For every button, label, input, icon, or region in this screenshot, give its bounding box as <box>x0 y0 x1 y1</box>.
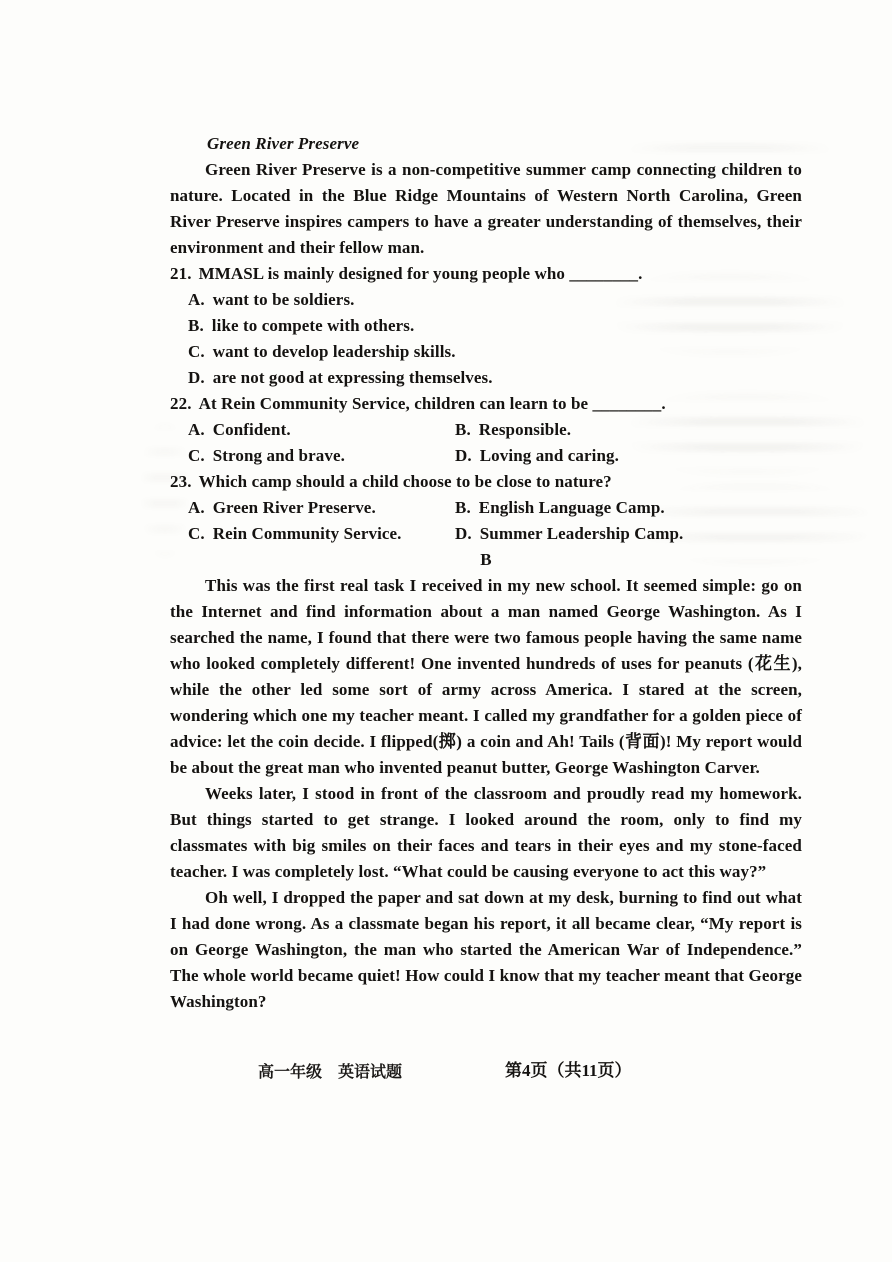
option-label: A. <box>188 420 205 439</box>
option-text: want to develop leadership skills. <box>213 342 456 361</box>
option-text: Summer Leadership Camp. <box>480 524 684 543</box>
option-text: are not good at expressing themselves. <box>213 368 493 387</box>
question-22-options: A.Confident. B.Responsible. C.Strong and… <box>170 417 802 469</box>
option-label: D. <box>188 368 205 387</box>
option-label: D. <box>455 524 472 543</box>
option-label: B. <box>455 420 471 439</box>
option-21-c: C.want to develop leadership skills. <box>188 339 802 365</box>
option-23-d: D.Summer Leadership Camp. <box>455 521 802 547</box>
question-21: 21.MMASL is mainly designed for young pe… <box>170 261 802 391</box>
question-stem-text: MMASL is mainly designed for young peopl… <box>199 264 643 283</box>
passage-b-paragraph-1: This was the first real task I received … <box>170 573 802 781</box>
passage-a-paragraph: Green River Preserve is a non-competitiv… <box>170 157 802 261</box>
option-23-c: C.Rein Community Service. <box>188 521 455 547</box>
option-label: A. <box>188 290 205 309</box>
option-text: Rein Community Service. <box>213 524 402 543</box>
option-label: C. <box>188 524 205 543</box>
option-label: A. <box>188 498 205 517</box>
option-21-a: A.want to be soldiers. <box>188 287 802 313</box>
passage-b-paragraph-2: Weeks later, I stood in front of the cla… <box>170 781 802 885</box>
option-22-b: B.Responsible. <box>455 417 802 443</box>
question-22: 22.At Rein Community Service, children c… <box>170 391 802 469</box>
exam-page: Green River Preserve Green River Preserv… <box>0 0 892 1262</box>
option-text: like to compete with others. <box>212 316 415 335</box>
question-23-stem: 23.Which camp should a child choose to b… <box>170 469 802 495</box>
option-text: Loving and caring. <box>480 446 619 465</box>
question-number: 22. <box>170 394 192 413</box>
footer-course-label: 高一年级 英语试题 <box>258 1059 402 1082</box>
option-21-d: D.are not good at expressing themselves. <box>188 365 802 391</box>
passage-b-heading: B <box>170 547 802 573</box>
option-text: Responsible. <box>479 420 571 439</box>
option-text: Green River Preserve. <box>213 498 376 517</box>
option-label: D. <box>455 446 472 465</box>
option-label: B. <box>188 316 204 335</box>
option-text: Strong and brave. <box>213 446 345 465</box>
content-column: Green River Preserve Green River Preserv… <box>170 131 802 1015</box>
question-21-stem: 21.MMASL is mainly designed for young pe… <box>170 261 802 287</box>
question-23: 23.Which camp should a child choose to b… <box>170 469 802 547</box>
question-21-options: A.want to be soldiers. B.like to compete… <box>170 287 802 391</box>
option-23-a: A.Green River Preserve. <box>188 495 455 521</box>
option-21-b: B.like to compete with others. <box>188 313 802 339</box>
passage-a-title: Green River Preserve <box>207 131 802 157</box>
footer-page-number: 第4页（共11页） <box>505 1056 632 1081</box>
question-23-options: A.Green River Preserve. B.English Langua… <box>170 495 802 547</box>
question-22-stem: 22.At Rein Community Service, children c… <box>170 391 802 417</box>
option-label: C. <box>188 342 205 361</box>
option-text: English Language Camp. <box>479 498 665 517</box>
option-label: B. <box>455 498 471 517</box>
question-number: 21. <box>170 264 192 283</box>
question-number: 23. <box>170 472 192 491</box>
option-text: Confident. <box>213 420 291 439</box>
option-22-a: A.Confident. <box>188 417 455 443</box>
question-stem-text: Which camp should a child choose to be c… <box>199 472 612 491</box>
passage-b-paragraph-3: Oh well, I dropped the paper and sat dow… <box>170 885 802 1015</box>
option-23-b: B.English Language Camp. <box>455 495 802 521</box>
option-label: C. <box>188 446 205 465</box>
question-stem-text: At Rein Community Service, children can … <box>199 394 666 413</box>
option-text: want to be soldiers. <box>213 290 355 309</box>
option-22-d: D.Loving and caring. <box>455 443 802 469</box>
option-22-c: C.Strong and brave. <box>188 443 455 469</box>
